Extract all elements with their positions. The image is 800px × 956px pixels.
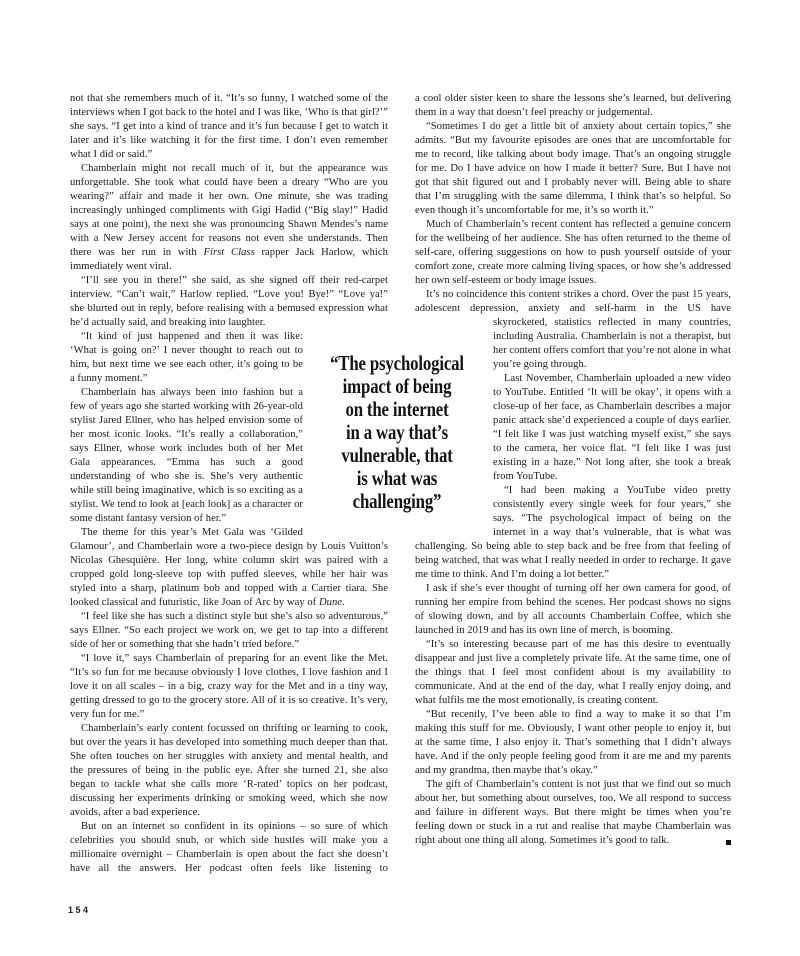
paragraph: a cool older sister keen to share the le… — [415, 92, 731, 120]
paragraph: “It’s so interesting because part of me … — [415, 638, 731, 708]
paragraph: Chamberlain’s early content focussed on … — [70, 722, 388, 820]
paragraph: It’s no coincidence this content strikes… — [415, 288, 731, 316]
paragraph: But on an internet so confident in its o… — [70, 820, 388, 876]
paragraph: “But recently, I’ve been able to find a … — [415, 708, 731, 778]
paragraph: “I’ll see you in there!” she said, as sh… — [70, 274, 388, 330]
paragraph: Chamberlain might not recall much of it,… — [70, 162, 388, 274]
paragraph-text: The theme for this year’s Met Gala was ‘… — [70, 527, 388, 608]
magazine-page: not that she remembers much of it. “It’s… — [0, 0, 800, 956]
paragraph: The gift of Chamberlain’s content is not… — [415, 778, 731, 848]
end-mark-square — [726, 840, 731, 845]
paragraph-text: Chamberlain might not recall much of it,… — [70, 163, 388, 258]
paragraph-text: The gift of Chamberlain’s content is not… — [415, 779, 731, 846]
paragraph: “Sometimes I do get a little bit of anxi… — [415, 120, 731, 218]
italic-work-title: First Class — [203, 247, 254, 258]
italic-work-title: Dune — [319, 597, 342, 608]
paragraph: not that she remembers much of it. “It’s… — [70, 92, 388, 162]
pull-quote: “The psychological impact of being on th… — [321, 352, 473, 513]
paragraph-text: . — [342, 597, 345, 608]
paragraph: “I feel like she has such a distinct sty… — [70, 610, 388, 652]
paragraph: Much of Chamberlain’s recent content has… — [415, 218, 731, 288]
page-number: 154 — [68, 905, 91, 915]
paragraph: “I love it,” says Chamberlain of prepari… — [70, 652, 388, 722]
paragraph: I ask if she’s ever thought of turning o… — [415, 582, 731, 638]
